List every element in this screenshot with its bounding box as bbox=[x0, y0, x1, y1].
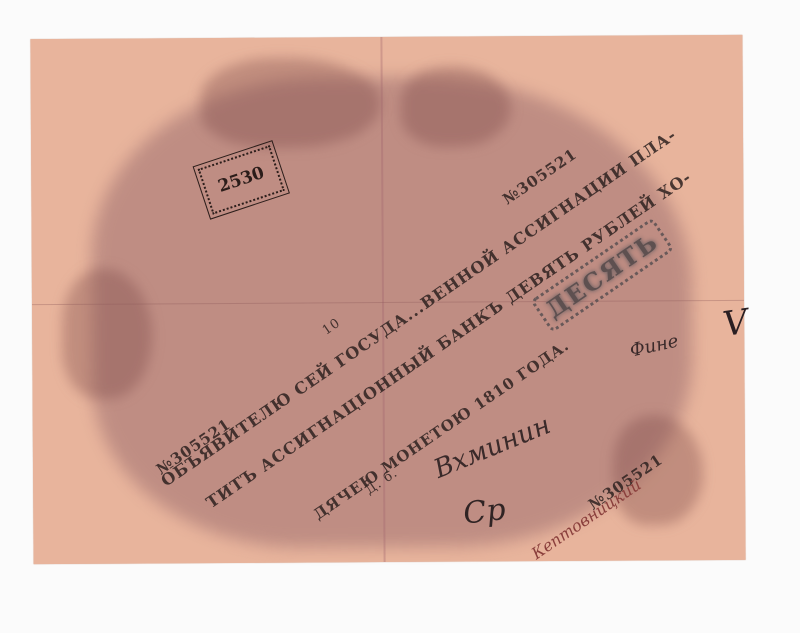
water-stain bbox=[401, 66, 511, 147]
signature-mark: V bbox=[720, 302, 750, 345]
water-stain bbox=[201, 57, 382, 148]
signature: Ср bbox=[462, 492, 508, 531]
banknote: 2530 10 №305521 №305521 №305521 ОБЪЯВИТЕ… bbox=[30, 35, 745, 564]
